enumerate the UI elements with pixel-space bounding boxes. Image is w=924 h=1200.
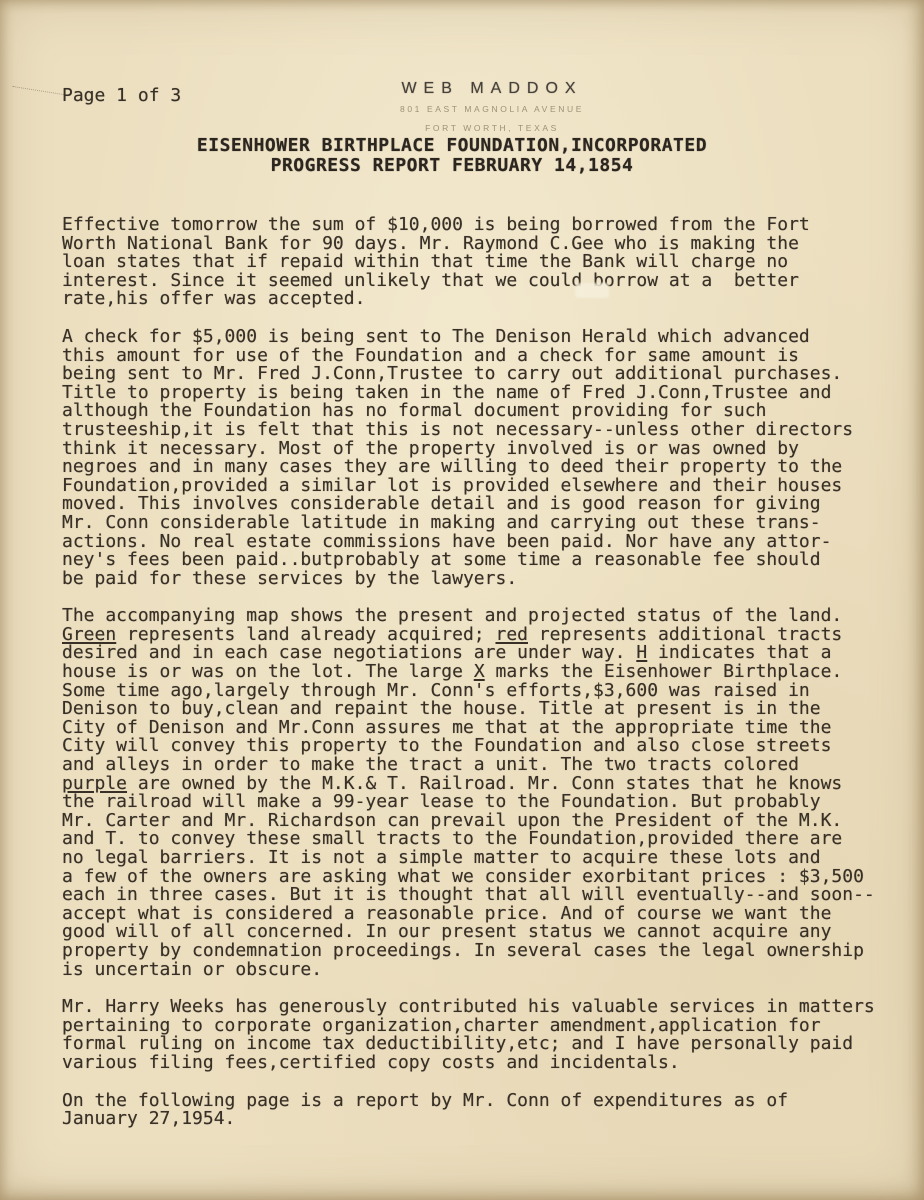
ink-smudge: [575, 283, 609, 298]
document-body: Effective tomorrow the sum of $10,000 is…: [62, 216, 902, 1148]
title-line-2: PROGRESS REPORT FEBRUARY 14,1854: [0, 156, 914, 176]
title-line-1: EISENHOWER BIRTHPLACE FOUNDATION,INCORPO…: [0, 136, 914, 156]
paragraph-5: On the following page is a report by Mr.…: [62, 1092, 902, 1129]
letterhead: WEB MADDOX 801 EAST MAGNOLIA AVENUE FORT…: [30, 80, 924, 133]
letterhead-address: 801 EAST MAGNOLIA AVENUE: [30, 104, 924, 114]
paragraph-3: The accompanying map shows the present a…: [62, 607, 902, 979]
paragraph-2: A check for $5,000 is being sent to The …: [62, 328, 902, 588]
paragraph-4: Mr. Harry Weeks has generously contribut…: [62, 998, 902, 1072]
document-page: Page 1 of 3 WEB MADDOX 801 EAST MAGNOLIA…: [0, 0, 924, 1200]
letterhead-name: WEB MADDOX: [30, 80, 924, 98]
paragraph-1: Effective tomorrow the sum of $10,000 is…: [62, 216, 902, 309]
letterhead-city: FORT WORTH, TEXAS: [30, 123, 924, 133]
document-title: EISENHOWER BIRTHPLACE FOUNDATION,INCORPO…: [0, 136, 914, 176]
